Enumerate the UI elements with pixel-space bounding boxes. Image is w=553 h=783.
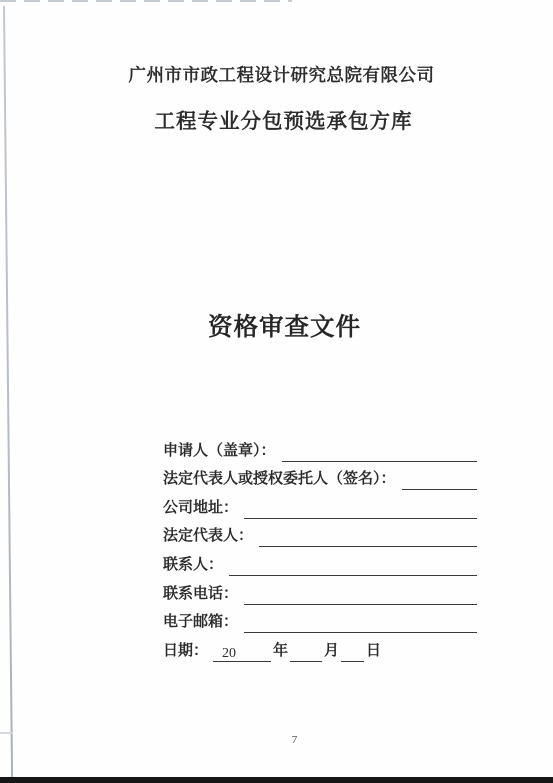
- page-number: 7: [18, 734, 553, 746]
- scan-bottom-edge-strip: [0, 777, 553, 783]
- document-title: 资格审查文件: [8, 308, 553, 343]
- date-day-unit-label: 日: [364, 642, 383, 662]
- form-row-contact-phone: 联系电话：: [163, 576, 477, 605]
- date-label: 日期：: [163, 642, 208, 662]
- form-row-legal-rep-signature: 法定代表人或授权委托人（签名）：: [163, 462, 477, 491]
- date-day-blank-underline: [341, 645, 364, 662]
- contact-person-label: 联系人：: [163, 556, 223, 576]
- form-row-legal-rep: 法定代表人：: [163, 519, 477, 548]
- form-row-company-address: 公司地址：: [163, 490, 477, 519]
- form-row-email: 电子邮箱：: [163, 605, 477, 634]
- date-year-unit-label: 年: [271, 642, 290, 662]
- contact-phone-blank-underline: [244, 589, 477, 605]
- scan-top-edge-line: [0, 0, 292, 2]
- form-row-applicant: 申请人（盖章）：: [163, 433, 477, 462]
- date-month-unit-label: 月: [322, 642, 341, 662]
- form-row-contact-person: 联系人：: [163, 547, 477, 576]
- date-month-blank-underline: [290, 645, 322, 662]
- applicant-blank-underline: [282, 446, 477, 462]
- legal-rep-signature-blank-underline: [402, 474, 477, 490]
- contact-phone-label: 联系电话：: [163, 585, 238, 605]
- scanned-document-page: 广州市市政工程设计研究总院有限公司 工程专业分包预选承包方库 资格审查文件 申请…: [0, 0, 553, 783]
- date-year-blank-underline: 20: [213, 645, 271, 662]
- email-blank-underline: [244, 617, 477, 633]
- applicant-label: 申请人（盖章）：: [163, 442, 276, 462]
- legal-rep-blank-underline: [259, 531, 477, 547]
- organization-name: 广州市市政工程设计研究总院有限公司: [5, 62, 553, 87]
- scan-left-tick-mark: [0, 732, 12, 734]
- contact-person-blank-underline: [229, 560, 477, 576]
- company-address-blank-underline: [244, 503, 477, 519]
- signature-form: 申请人（盖章）： 法定代表人或授权委托人（签名）： 公司地址： 法定代表人： 联…: [163, 433, 477, 662]
- legal-rep-label: 法定代表人：: [163, 527, 253, 547]
- form-row-date: 日期： 20 年 月 日: [163, 633, 477, 662]
- legal-rep-signature-label: 法定代表人或授权委托人（签名）：: [163, 470, 396, 490]
- email-label: 电子邮箱：: [163, 613, 238, 633]
- library-subtitle: 工程专业分包预选承包方库: [7, 104, 553, 134]
- company-address-label: 公司地址：: [163, 499, 238, 519]
